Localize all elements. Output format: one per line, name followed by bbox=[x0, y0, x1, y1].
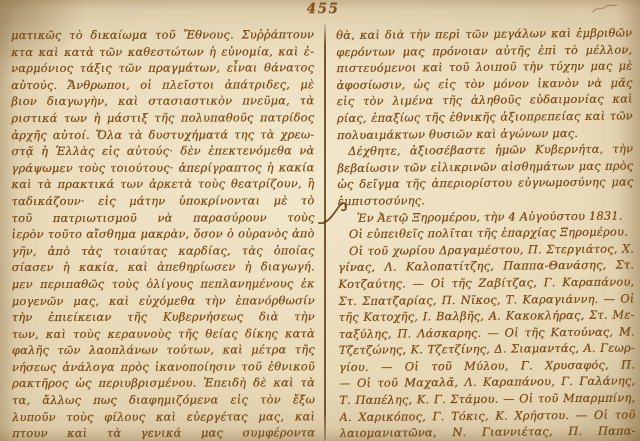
text-line: των, καὶ τοὺς κεραυνοὺς τῆς θείας δίκης … bbox=[12, 325, 315, 342]
text-line: πτουν καὶ τὰ γενικά μας συμφέροντα παρεξ… bbox=[12, 424, 315, 441]
text-line: φαλῆς τῶν λαοπλάνων τούτων, καὶ μέτρα τῆ… bbox=[12, 341, 315, 358]
text-line: σίασεν ἡ κακία, καὶ ἀπεθηρίωσεν ἡ διαγωγ… bbox=[12, 259, 315, 276]
handwritten-mark-top-right bbox=[592, 2, 622, 16]
text-line: θὰ, καὶ διὰ τὴν περὶ τῶν μεγάλων καὶ ἐμβ… bbox=[336, 24, 632, 43]
text-line: ἀρχῆς αὐτοί. Ὅλα τὰ δυστυχήματά της τὰ χ… bbox=[11, 126, 314, 143]
text-line: αὐτούς. Ἄνθρωποι, οἱ πλεῖστοι ἀπάτριδες,… bbox=[11, 76, 314, 93]
text-line: τα, ἄλλως πως διαφημιζόμενα εἰς τὸν ἔξω … bbox=[12, 391, 315, 408]
page-number: 455 bbox=[306, 1, 340, 17]
text-line: τοῦ πατριωτισμοῦ νὰ παρασύρουν τοὺς ἁπλο… bbox=[11, 209, 314, 226]
text-line: νήσεως ἀνάλογα πρὸς ἱκανοποίησιν τοῦ ἐθν… bbox=[12, 358, 315, 375]
text-line: ματικῶς τὸ δικαίωμα τοῦ Ἔθνους. Συῤῥάπτο… bbox=[11, 26, 314, 43]
text-line: καὶ τὰ πρακτικά των ἀρκετὰ τοὺς θεατρίζο… bbox=[11, 176, 314, 193]
text-line: στᾷ ἡ Ἑλλὰς εἰς αὐτούς· δὲν ἐπεκτενόμεθα… bbox=[11, 142, 314, 159]
handwritten-flourish bbox=[317, 199, 351, 227]
text-line: ὡς δεῖγμα τῆς ἀπεριορίστου εὐγνωμοσύνης … bbox=[337, 174, 633, 193]
scanned-book-page: 455 ματικῶς τὸ δικαίωμα τοῦ Ἔθνους. Συῤῥ… bbox=[0, 0, 640, 441]
right-column: θὰ, καὶ διὰ τὴν περὶ τῶν μεγάλων καὶ ἐμβ… bbox=[336, 24, 636, 441]
text-line: λαιομανιατῶνα, Ν. Γιαννιέτας, Π. Παπα-σω… bbox=[339, 423, 635, 441]
text-line: λυποῦν τοὺς φίλους καὶ εὐεργέτας μας, κα… bbox=[12, 408, 315, 425]
text-line: μογενῶν μας, καὶ εὐχόμεθα τὴν ἐπανόρθωσί… bbox=[12, 292, 315, 309]
text-line: κτα καὶ κατὰ τῶν καθεστώτων ἡ εὐνομία, κ… bbox=[11, 43, 314, 60]
left-column: ματικῶς τὸ δικαίωμα τοῦ Ἔθνους. Συῤῥάπτο… bbox=[11, 26, 315, 441]
text-line: Κοτζαύτης. — Οἱ τῆς Ζαβίτζας, Γ. Καραπάν… bbox=[338, 273, 634, 292]
text-line: γῆν, ἀπὸ τὰς τοιαύτας καρδίας, τὰς ὁποία… bbox=[12, 242, 315, 259]
text-line: ταδικάζουν· εἰς μάτην ὑποκρίνονται μὲ τὸ… bbox=[11, 192, 314, 209]
text-line: ρακτῆρος ὡς περιυβρισμένου. Ἐπειδὴ δὲ κα… bbox=[12, 375, 315, 392]
text-line: μεν περιπαθῶς τοὺς ὀλίγους πεπλανημένους… bbox=[12, 275, 315, 292]
text-line: ἱερὸν τοῦτο αἴσθημα μακρὰν, ὅσον ὁ οὐραν… bbox=[12, 225, 315, 242]
text-line: ρίας, ἐπαξίως τῆς ἐθνικῆς ἀξιοπρεπείας κ… bbox=[337, 107, 633, 126]
text-line: ναρμόνιος τάξις τῶν πραγμάτων, εἶναι θάν… bbox=[11, 59, 314, 76]
text-line: βιον διαγωγὴν, καὶ στασιαστικὸν πνεῦμα, … bbox=[11, 93, 314, 110]
text-line: γράψωμεν τοὺς τοιούτους· ἀπερίγραπτος ἡ … bbox=[11, 159, 314, 176]
text-line: τὴν ἐπιείκειαν τῆς Κυβερνήσεως διὰ τὴν ἐ… bbox=[12, 308, 315, 325]
text-line: ριστικά των ἡ μάστιξ τῆς πολυπαθοῦς πατρ… bbox=[11, 109, 314, 126]
column-divider-rule bbox=[324, 24, 326, 441]
text-line: Τ. Παπέλης, Κ. Γ. Στάμου. — Οἱ τοῦ Μπαρμ… bbox=[339, 389, 635, 408]
